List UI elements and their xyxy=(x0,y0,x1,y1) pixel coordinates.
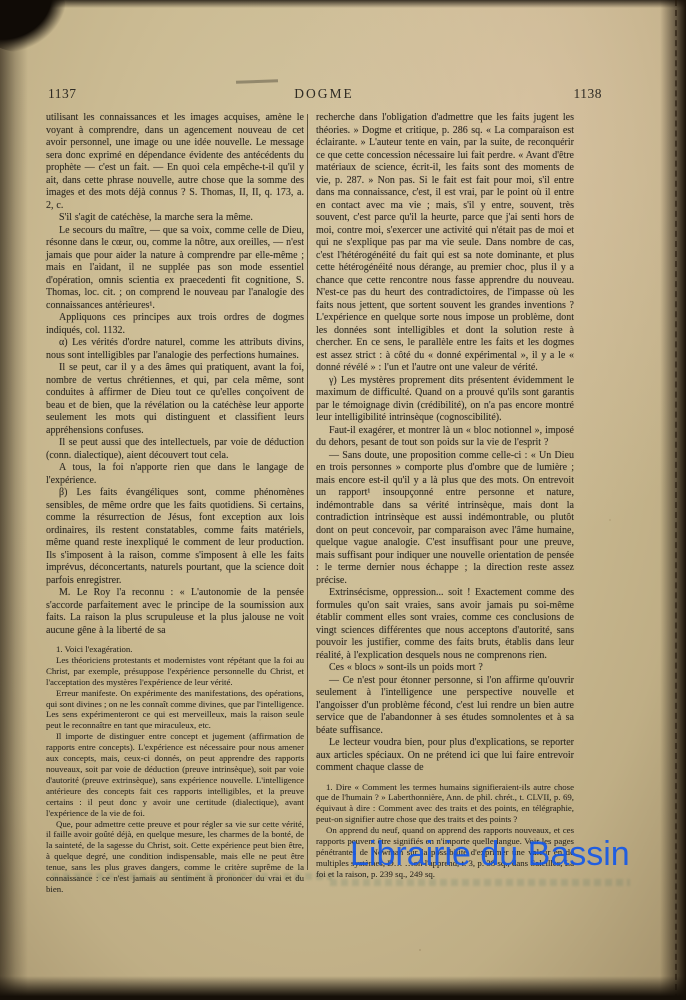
page-number-right: 1138 xyxy=(574,86,603,102)
paragraph: Le lecteur voudra bien, pour plus d'expl… xyxy=(316,737,574,775)
photo-edge-left xyxy=(0,0,28,1000)
page-content: 1137 DOGME 1138 utilisant les connaissan… xyxy=(46,86,602,895)
footnote-paragraph: Les théoriciens protestants et modernist… xyxy=(46,655,304,688)
paragraph: — Sans doute, une proposition comme cell… xyxy=(316,450,574,588)
paragraph: Extrinsécisme, oppression... soit ! Exac… xyxy=(316,587,574,662)
paragraph: γ) Les mystères proprement dits présente… xyxy=(316,375,574,425)
paragraph: Faut-il exagérer, et montrer là un « blo… xyxy=(316,425,574,450)
footnote-paragraph: Erreur manifeste. On expérimente des man… xyxy=(46,688,304,732)
text-columns: utilisant les connaissances et les image… xyxy=(46,112,578,895)
binding-stitches xyxy=(675,0,677,1000)
paragraph: utilisant les connaissances et les image… xyxy=(46,112,304,212)
paragraph: M. Le Roy l'a reconnu : « L'autonomie de… xyxy=(46,587,304,637)
photo-edge-top xyxy=(0,0,686,8)
paragraph: A tous, la foi n'apporte rien que dans l… xyxy=(46,462,304,487)
right-column-body: recherche dans l'obligation d'admettre q… xyxy=(316,112,574,775)
footnote-paragraph: Que, pour admettre cette preuve et pour … xyxy=(46,819,304,895)
paragraph: α) Les vérités d'ordre naturel, comme le… xyxy=(46,337,304,362)
right-column: recherche dans l'obligation d'admettre q… xyxy=(316,112,574,895)
page-header: 1137 DOGME 1138 xyxy=(46,86,602,106)
bookseller-watermark: Librairie du Bassin xyxy=(350,835,686,874)
left-column: utilisant les connaissances et les image… xyxy=(46,112,304,895)
paragraph: Le secours du maître, — que sa voix, com… xyxy=(46,225,304,313)
paragraph: recherche dans l'obligation d'admettre q… xyxy=(316,112,574,375)
paragraph: S'il s'agit de catéchèse, la marche sera… xyxy=(46,212,304,225)
footnote-paragraph: 1. Voici l'exagération. xyxy=(46,644,304,655)
paragraph: Il se peut aussi que des intellectuels, … xyxy=(46,437,304,462)
paragraph: Ces « blocs » sont-ils un poids mort ? xyxy=(316,662,574,675)
column-divider-rule xyxy=(307,114,308,870)
binding-seam xyxy=(660,0,686,1000)
photo-edge-bottom xyxy=(0,976,686,1000)
running-title: DOGME xyxy=(46,86,602,102)
left-column-footnote: 1. Voici l'exagération.Les théoriciens p… xyxy=(46,644,304,895)
scanned-book-page: 1137 DOGME 1138 utilisant les connaissan… xyxy=(0,0,686,1000)
paragraph: Il se peut, car il y a des âmes qui prat… xyxy=(46,362,304,437)
paragraph: Appliquons ces principes aux trois ordre… xyxy=(46,312,304,337)
footnote-paragraph: 1. Dire « Comment les termes humains sig… xyxy=(316,782,574,826)
paragraph: — Ce n'est pour étonner personne, si l'o… xyxy=(316,675,574,738)
footnote-paragraph: Il importe de distinguer entre concept e… xyxy=(46,731,304,818)
paragraph: β) Les faits évangéliques sont, comme ph… xyxy=(46,487,304,587)
left-column-body: utilisant les connaissances et les image… xyxy=(46,112,304,637)
